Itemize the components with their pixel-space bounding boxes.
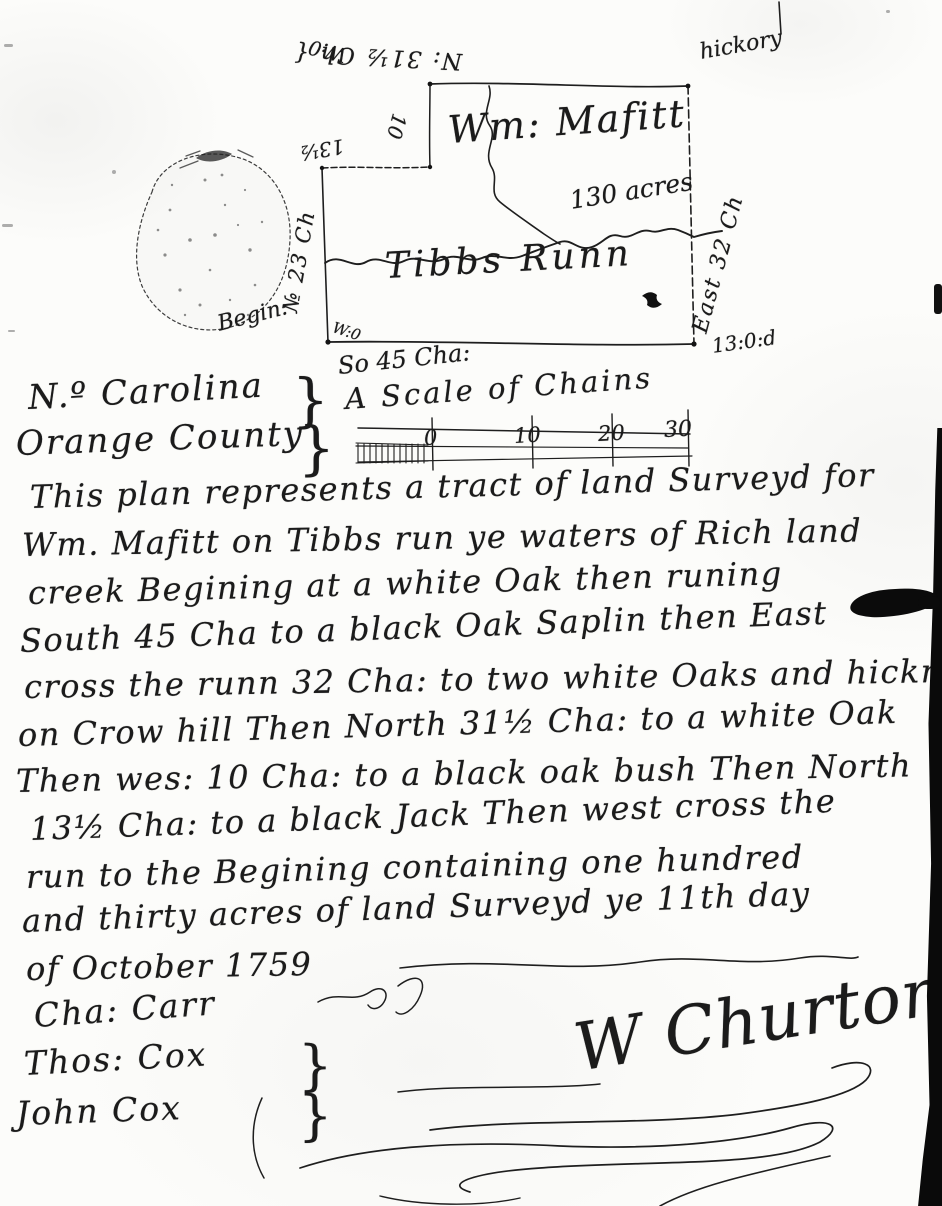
tree-symbol xyxy=(642,292,662,308)
carr-flourish-tail xyxy=(396,978,423,1014)
survey-document-page: W:0 N: 31½ Ch { hickory 10 13½ № 23 Ch B… xyxy=(0,0,942,1206)
witness-name-3: John Cox xyxy=(15,1088,182,1133)
body-line-11: of October 1759 xyxy=(26,945,313,988)
witness-3-brace: } xyxy=(298,1084,332,1147)
date-flourish xyxy=(400,956,858,968)
carr-flourish xyxy=(318,989,386,1009)
paper-speck xyxy=(2,224,13,227)
plat-notch-horizontal-boundary xyxy=(322,167,430,168)
plat-bottom-boundary xyxy=(328,342,694,345)
plat-top-boundary xyxy=(430,83,688,86)
signature-flourish-4 xyxy=(660,1156,830,1206)
signature-flourish-5 xyxy=(380,1196,520,1204)
scale-tick-0: 0 xyxy=(423,425,438,450)
ink-blot-tail xyxy=(918,596,940,609)
paper-speck xyxy=(112,170,116,174)
paper-speck xyxy=(886,10,890,13)
paper-speck xyxy=(4,44,13,47)
plat-left-boundary xyxy=(322,168,328,342)
scan-edge-mark xyxy=(934,284,942,314)
paper-speck xyxy=(8,330,15,332)
scale-tick-10: 10 xyxy=(513,423,541,448)
signature-flourish-3 xyxy=(253,1098,264,1178)
scale-tick-30: 30 xyxy=(663,417,692,443)
signature-flourish-2 xyxy=(300,1123,833,1192)
signature-underline xyxy=(398,1084,600,1092)
scale-tick-20: 20 xyxy=(597,421,625,446)
